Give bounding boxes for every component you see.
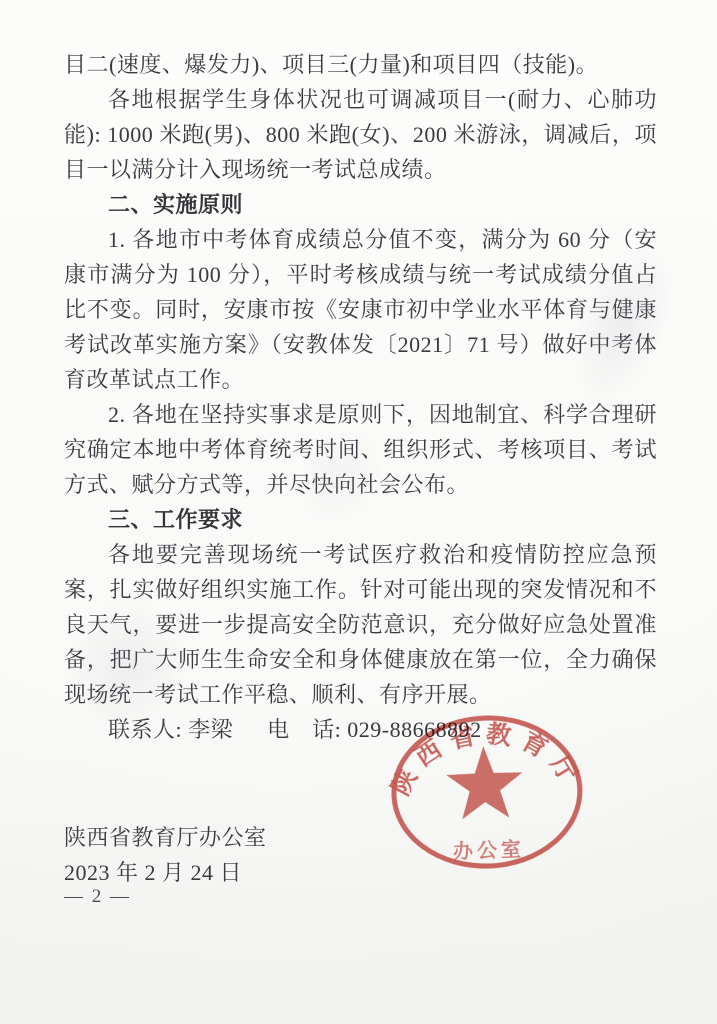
document-page: 目二(速度、爆发力)、项目三(力量)和项目四（技能)。 各地根据学生身体状况也可… xyxy=(0,0,717,1024)
section-heading-work-requirements: 三、工作要求 xyxy=(64,502,657,537)
section-heading-implementation-principles: 二、实施原则 xyxy=(64,187,657,222)
contact-person: 联系人: 李梁 xyxy=(108,717,233,742)
seal-star-icon xyxy=(445,745,523,820)
paragraph-continuation: 目二(速度、爆发力)、项目三(力量)和项目四（技能)。 xyxy=(64,47,657,82)
paragraph-adjustment: 各地根据学生身体状况也可调减项目一(耐力、心肺功能): 1000 米跑(男)、8… xyxy=(64,82,657,187)
seal-bottom-text: 办公室 xyxy=(453,837,526,863)
paragraph-work-requirements: 各地要完善现场统一考试医疗救治和疫情防控应急预案，扎实做好组织实施工作。针对可能… xyxy=(64,537,657,712)
paragraph-principle-1: 1. 各地市中考体育成绩总分值不变，满分为 60 分（安康市满分为 100 分）… xyxy=(64,222,657,397)
seal-graphic: 陕西省教育厅 办公室 xyxy=(385,711,591,880)
official-seal-stamp: 陕西省教育厅 办公室 xyxy=(385,711,591,880)
page-number: — 2 — xyxy=(64,886,131,908)
paragraph-principle-2: 2. 各地在坚持实事求是原则下，因地制宜、科学合理研究确定本地中考体育统考时间、… xyxy=(64,397,657,502)
